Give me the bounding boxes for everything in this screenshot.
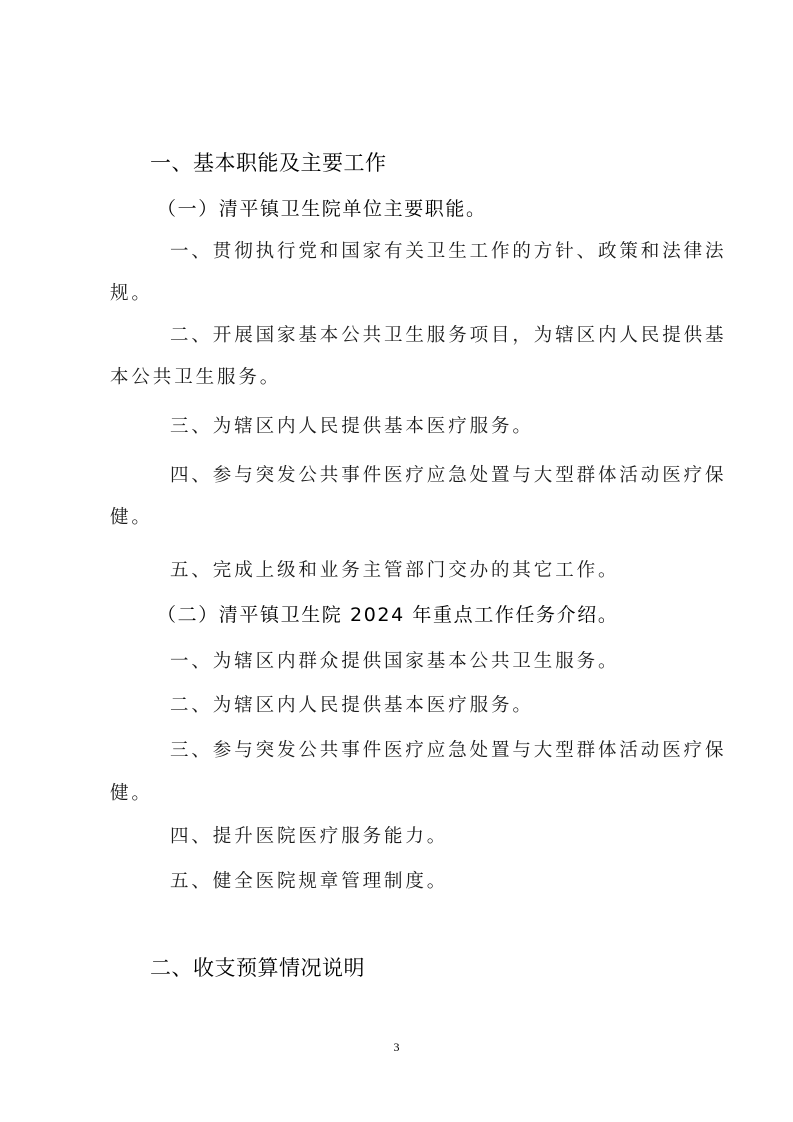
- function-item-4-line2: 健。: [110, 507, 153, 529]
- function-item-3: 三、为辖区内人民提供基本医疗服务。: [170, 416, 534, 438]
- function-item-5: 五、完成上级和业务主管部门交办的其它工作。: [170, 560, 619, 582]
- function-item-2-line1: 二、开展国家基本公共卫生服务项目，为辖区内人民提供基: [170, 325, 726, 347]
- task-item-5: 五、健全医院规章管理制度。: [170, 871, 448, 893]
- section-heading-basic-functions: 一、基本职能及主要工作: [150, 150, 387, 176]
- function-item-4-line1: 四、参与突发公共事件医疗应急处置与大型群体活动医疗保: [170, 465, 726, 487]
- subsection-heading-main-functions: （一）清平镇卫生院单位主要职能。: [157, 197, 487, 221]
- task-item-1: 一、为辖区内群众提供国家基本公共卫生服务。: [170, 651, 619, 673]
- task-item-3-line1: 三、参与突发公共事件医疗应急处置与大型群体活动医疗保: [170, 740, 726, 762]
- function-item-1-line1: 一、贯彻执行党和国家有关卫生工作的方针、政策和法律法: [170, 241, 726, 263]
- section-heading-budget-explanation: 二、收支预算情况说明: [150, 955, 365, 981]
- function-item-1-line2: 规。: [110, 283, 153, 305]
- function-item-2-line2: 本公共卫生服务。: [110, 367, 281, 389]
- page-number: 3: [0, 1040, 793, 1055]
- subsection-heading-key-tasks-2024: （二）清平镇卫生院 2024 年重点工作任务介绍。: [157, 603, 618, 627]
- task-item-3-line2: 健。: [110, 783, 153, 805]
- task-item-2: 二、为辖区内人民提供基本医疗服务。: [170, 695, 534, 717]
- task-item-4: 四、提升医院医疗服务能力。: [170, 826, 448, 848]
